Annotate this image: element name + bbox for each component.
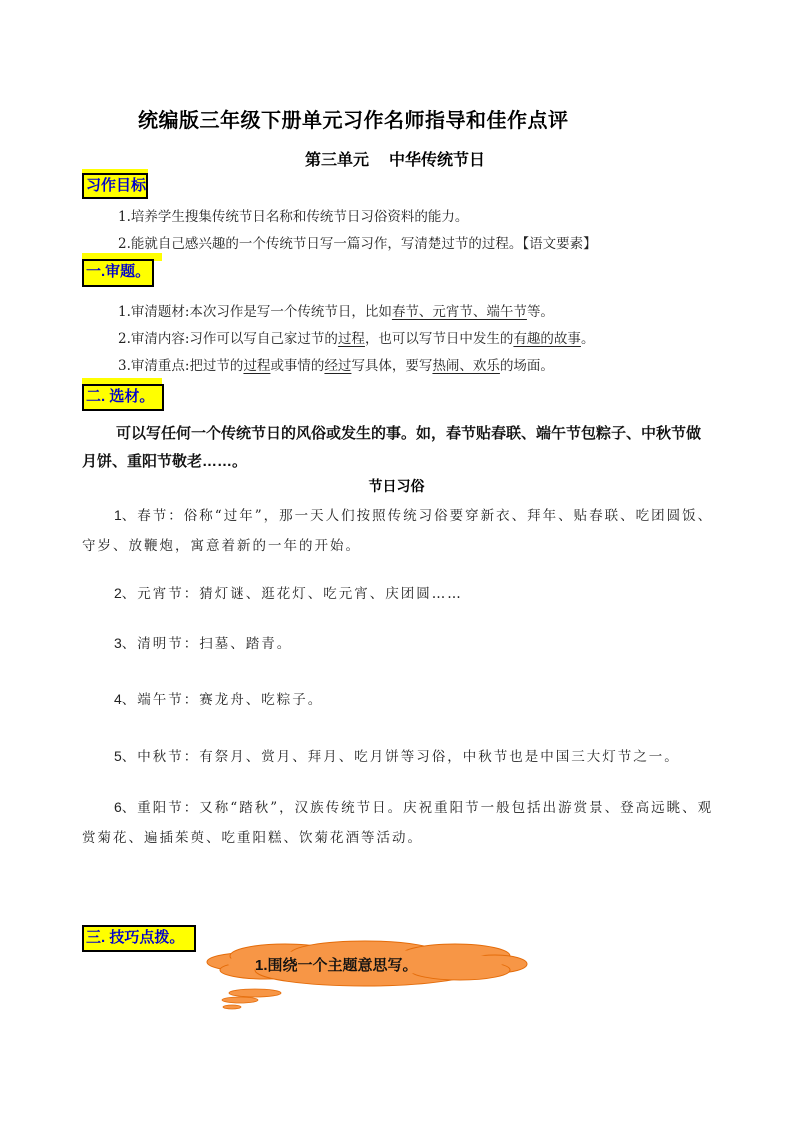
underlined-text: 春节、元宵节、端午节 [392,304,527,320]
heading-material: 二. 选材。 [82,384,164,411]
heading-goals: 习作目标 [82,173,148,199]
underlined-text: 过程 [243,358,270,374]
document-subtitle: 第三单元中华传统节日 [305,147,505,170]
document-title: 统编版三年级下册单元习作名师指导和佳作点评 [138,104,569,133]
customs-heading: 节日习俗 [0,476,793,496]
underlined-text: 经过 [324,358,351,374]
goal-item-1: 1.培养学生搜集传统节日名称和传统节日习俗资料的能力。 [118,205,468,225]
review-item-3: 3.审清重点:把过节的过程或事情的经过写具体，要写热闹、欢乐的场面。 [118,354,554,374]
thought-cloud-icon [205,940,530,1020]
custom-item-2: 2、元宵节：猜灯谜、逛花灯、吃元宵、庆团圆…… [82,578,722,609]
underlined-text: 过程 [338,331,365,347]
custom-item-5: 5、中秋节：有祭月、赏月、拜月、吃月饼等习俗，中秋节也是中国三大灯节之一。 [82,741,722,772]
unit-label: 第三单元 [305,152,369,169]
custom-item-3: 3、清明节：扫墓、踏青。 [82,628,722,659]
custom-item-4: 4、端午节：赛龙舟、吃粽子。 [82,684,722,715]
underlined-text: 有趣的故事 [513,331,581,347]
material-paragraph: 可以写任何一个传统节日的风俗或发生的事。如，春节贴春联、端午节包粽子、中秋节做月… [82,420,712,476]
goal-item-2: 2.能就自己感兴趣的一个传统节日写一篇习作，写清楚过节的过程。【语文要素】 [118,232,597,252]
custom-item-1: 1、春节：俗称“过年”，那一天人们按照传统习俗要穿新衣、拜年、贴春联、吃团圆饭、… [82,500,722,561]
cloud-tip-text: 1.围绕一个主题意思写。 [255,954,418,975]
heading-review: 一.审题。 [82,259,154,287]
underlined-text: 热闹、欢乐 [432,358,500,374]
custom-item-6: 6、重阳节：又称“踏秋”，汉族传统节日。庆祝重阳节一般包括出游赏景、登高远眺、观… [82,792,722,853]
review-item-1: 1.审清题材:本次习作是写一个传统节日，比如春节、元宵节、端午节等。 [118,300,554,320]
topic-label: 中华传统节日 [389,152,485,169]
heading-tips: 三. 技巧点拨。 [82,925,196,952]
review-item-2: 2.审清内容:习作可以写自己家过节的过程，也可以写节日中发生的有趣的故事。 [118,327,594,347]
